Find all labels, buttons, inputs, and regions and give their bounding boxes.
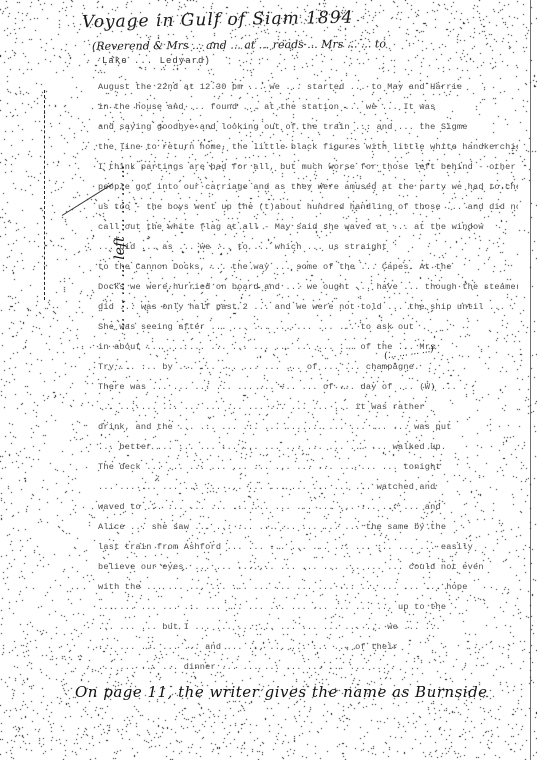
text-line: Try ... ... by ... ... ... ... ... ... o… [98,357,518,377]
page-edge [530,0,531,760]
text-line: ... ... ... ... ... ... ... ... ... ... … [98,597,518,617]
footer-handwritten-note: On page 11, the writer gives the name as… [75,683,488,701]
text-line: Docks we were hurried on board and ... w… [98,277,518,297]
text-line: The deck ... ... ... ... ... ... ... ...… [98,457,518,477]
text-line: us too - the boys went up the (t)about h… [98,197,518,217]
text-line: did ... was only half past 2 ... and we … [98,297,518,317]
text-line: believe our eyes. ... ... ... ... ... ..… [98,557,518,577]
text-line: the line to return home, the little blac… [98,137,518,157]
text-line: I think partings are bad for all, but mu… [98,157,518,177]
text-line: ... better ... ... ... ... ... ... ... .… [98,437,518,457]
text-line: waved to ... ... ... ... ... ... ... ...… [98,497,518,517]
text-line: ... ... ... ... ... and ... ... ... ... … [98,637,518,657]
text-line: in about ... ... ... ... ... ... ... ...… [98,337,518,357]
text-line: call out the white flag at all - May sai… [98,217,518,237]
text-line: people got into our carriage and as they… [98,177,518,197]
margin-handwritten-note: ... ... ... ... left ... ... ... ... [112,68,128,428]
margin-bracket [44,90,46,300]
text-line: August the 22nd at 12.30 pm ... we ... s… [98,77,518,97]
document-subtitle: (Reverend & Mrs ... and ... at ... reads… [92,36,512,53]
document-title: Voyage in Gulf of Siam 1894 [82,8,354,33]
text-line: ... ... ... ... dinner ... ... ... ... .… [98,657,518,677]
document-subtitle-2: Lake ... Ledyard) [102,56,211,66]
text-line: Alice ... she saw ... ... ... ... ... ..… [98,517,518,537]
typed-body: August the 22nd at 12.30 pm ... we ... s… [98,77,518,677]
text-line: to the Cannon Docks, ... the way ... som… [98,257,518,277]
text-line: with the ... ... ... ... ... ... ... ...… [98,577,518,597]
text-line: last train from Ashford ... ... ... ... … [98,537,518,557]
text-line: ... ... ... ... ... ... ... ... ... ... … [98,397,518,417]
text-line: drink, and the ... ... ... ... ... ... .… [98,417,518,437]
text-line: ... ... ... but I ... ... ... ... ... ..… [98,617,518,637]
text-line: She was seeing after ... ... ... ... ...… [98,317,518,337]
text-line: ... did ... as ... we ... to ... which .… [98,237,518,257]
text-line: There was ... ... ... ... ... ... ... ..… [98,377,518,397]
text-line: and saying goodbye and looking out of th… [98,117,518,137]
text-line: in the house and ... found ... at the st… [98,97,518,117]
text-line: ... ... ... ... ... ... ... ... ... ... … [98,477,518,497]
